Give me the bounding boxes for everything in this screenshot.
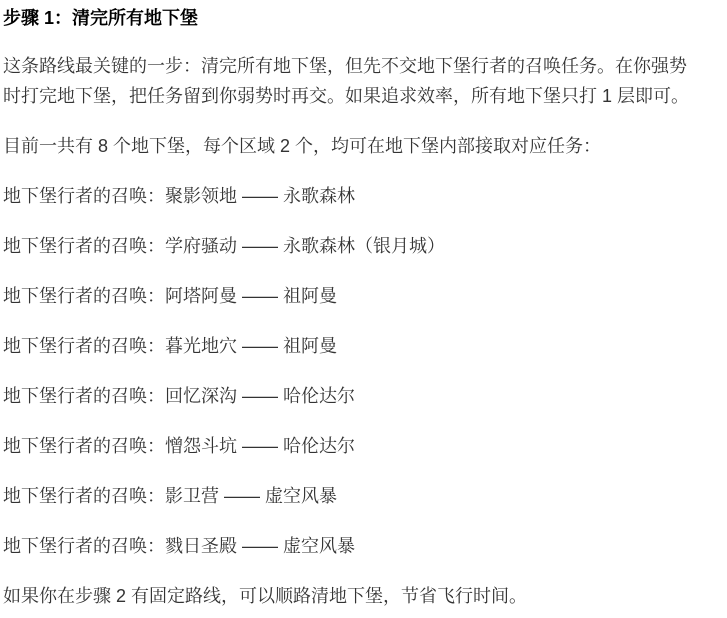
quest-line: 地下堡行者的召唤：回忆深沟 —— 哈伦达尔 <box>3 381 704 411</box>
quest-line: 地下堡行者的召唤：暮光地穴 —— 祖阿曼 <box>3 331 704 361</box>
quest-line: 地下堡行者的召唤：阿塔阿曼 —— 祖阿曼 <box>3 281 704 311</box>
quest-line: 地下堡行者的召唤：学府骚动 —— 永歌森林（银月城） <box>3 231 704 261</box>
quest-line: 地下堡行者的召唤：影卫营 —— 虚空风暴 <box>3 481 704 511</box>
guide-document: 步骤 1：清完所有地下堡 这条路线最关键的一步：清完所有地下堡，但先不交地下堡行… <box>0 0 704 611</box>
quest-line: 地下堡行者的召唤：憎怨斗坑 —— 哈伦达尔 <box>3 431 704 461</box>
quest-line: 地下堡行者的召唤：戮日圣殿 —— 虚空风暴 <box>3 531 704 561</box>
step-heading: 步骤 1：清完所有地下堡 <box>3 5 704 31</box>
outro-paragraph: 如果你在步骤 2 有固定路线，可以顺路清地下堡，节省飞行时间。 <box>3 581 704 611</box>
intro-paragraph: 这条路线最关键的一步：清完所有地下堡，但先不交地下堡行者的召唤任务。在你强势时打… <box>3 51 704 111</box>
dungeon-count-paragraph: 目前一共有 8 个地下堡，每个区域 2 个，均可在地下堡内部接取对应任务： <box>3 131 704 161</box>
quest-line: 地下堡行者的召唤：聚影领地 —— 永歌森林 <box>3 181 704 211</box>
